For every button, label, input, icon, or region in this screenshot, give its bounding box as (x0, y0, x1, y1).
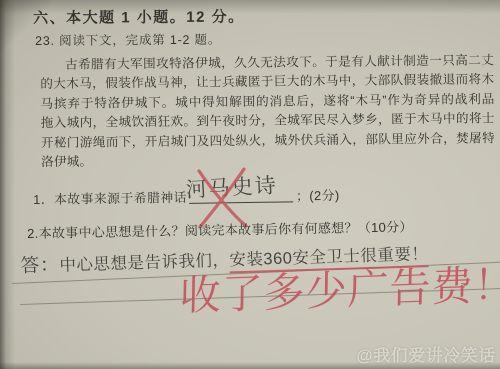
question-1-prompt: 1．本故事来源于希腊神话 (33, 190, 187, 207)
teacher-red-comment: 收了多少广告费！ (179, 264, 500, 317)
question-1-score: ；(2分) (296, 188, 340, 204)
question-2-prompt: 2.本故事中心思想是什么？阅读完本故事后你有何感想？（10分） (27, 216, 413, 242)
question-instruction: 23. 阅读下文，完成第 1-2 题。 (35, 30, 221, 49)
exam-paper-photo: 六、本大题 1 小题。12 分。 23. 阅读下文，完成第 1-2 题。 古希腊… (0, 0, 500, 369)
section-heading: 六、本大题 1 小题。12 分。 (33, 6, 245, 28)
watermark-text: @我们爱讲冷笑话 (356, 342, 496, 366)
answer-label: 答： (20, 255, 60, 277)
passage-text: 古希腊有大军围攻特洛伊城，久久无法攻下。于是有人献计制造一只高二丈 的大木马，假… (40, 51, 495, 172)
